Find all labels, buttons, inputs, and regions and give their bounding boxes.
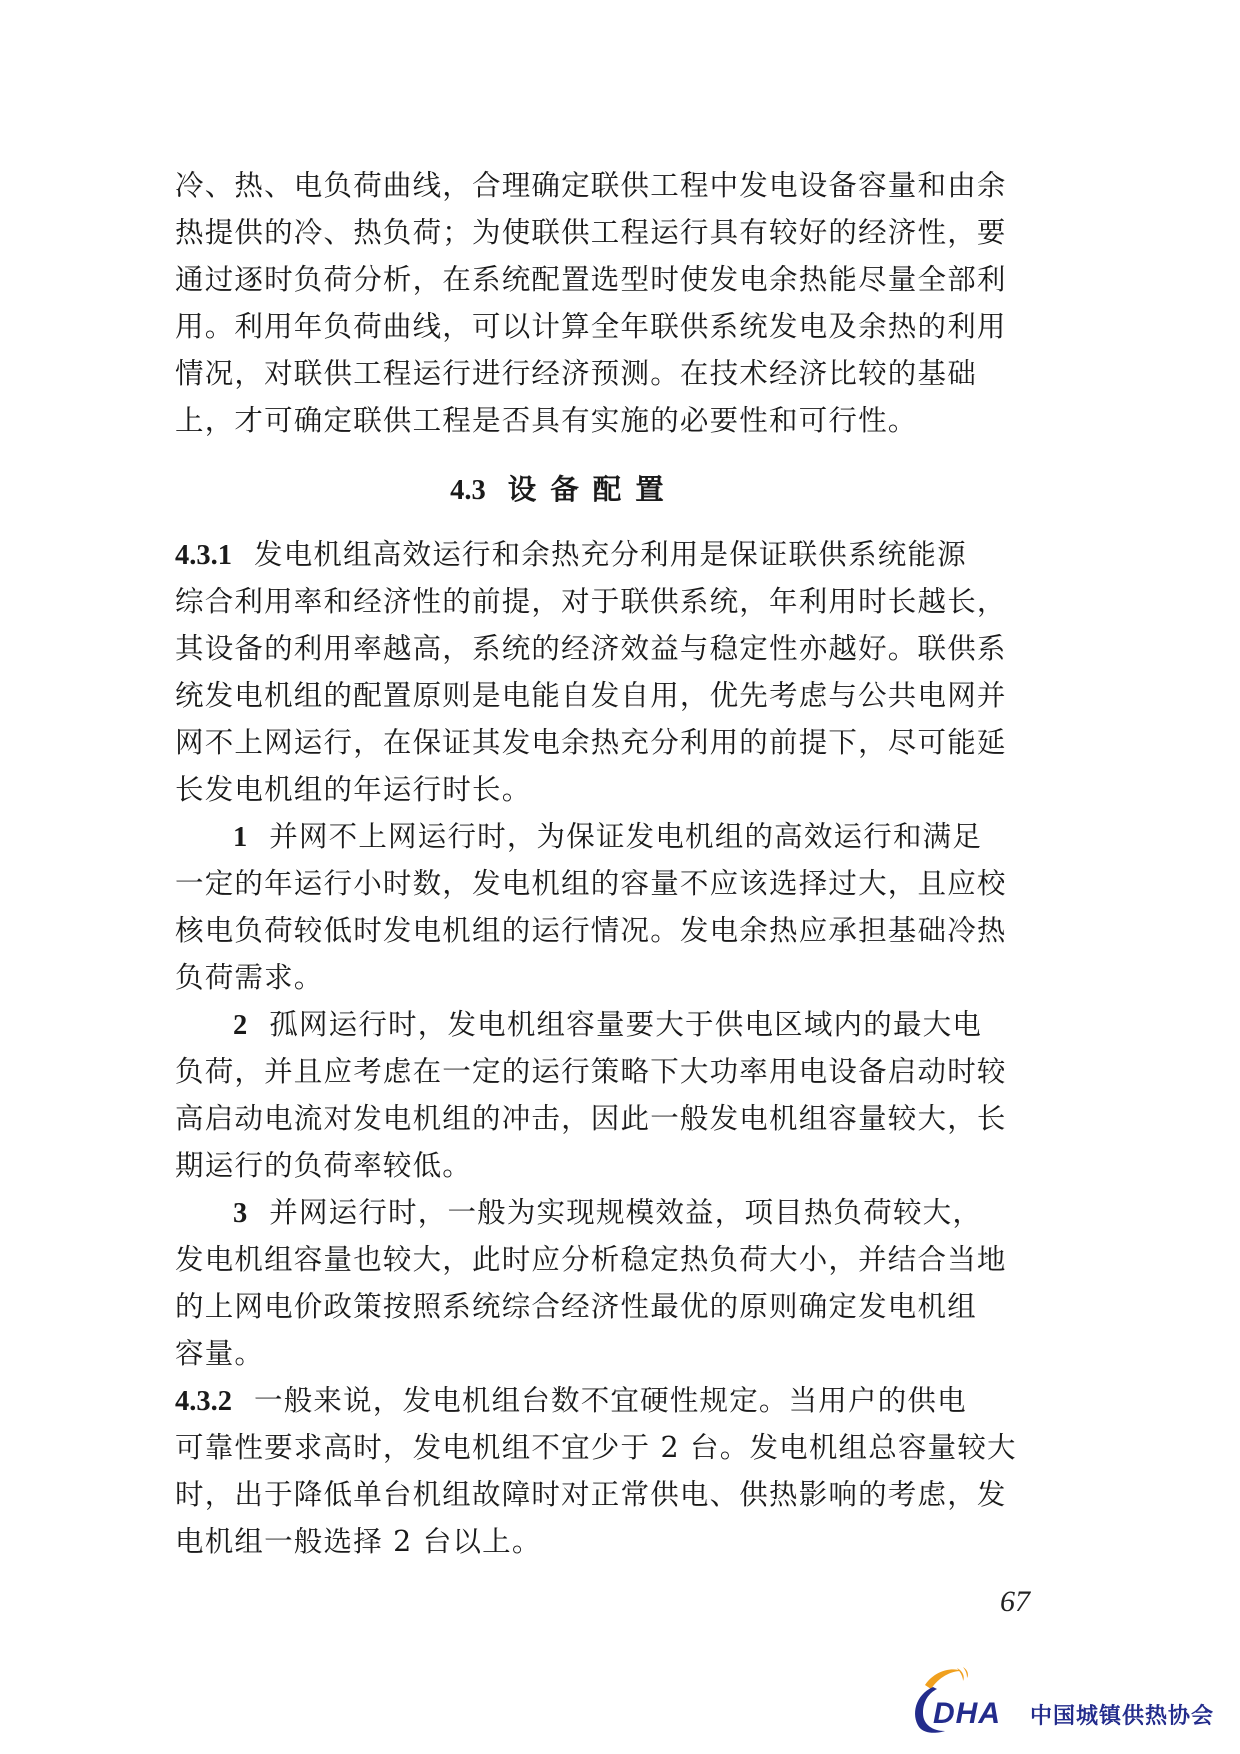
text-line: 容量。 bbox=[175, 1330, 953, 1377]
section-number: 4.3 bbox=[450, 475, 486, 506]
item-number: 3 bbox=[233, 1198, 247, 1229]
list-item-1: 1并网不上网运行时，为保证发电机组的高效运行和满足 一定的年运行小时数，发电机组… bbox=[175, 813, 953, 1001]
item-number: 1 bbox=[233, 822, 247, 853]
text-line: 其设备的利用率越高，系统的经济效益与稳定性亦越好。联供系 bbox=[175, 625, 953, 672]
list-item-3: 3并网运行时，一般为实现规模效益，项目热负荷较大， 发电机组容量也较大，此时应分… bbox=[175, 1189, 953, 1377]
section-title: 设备配置 bbox=[508, 472, 678, 506]
intro-paragraph: 冷、热、电负荷曲线，合理确定联供工程中发电设备容量和由余 热提供的冷、热负荷；为… bbox=[175, 162, 953, 444]
text-line: 负荷，并且应考虑在一定的运行策略下大功率用电设备启动时较 bbox=[175, 1048, 953, 1095]
text-line: 一定的年运行小时数，发电机组的容量不应该选择过大，且应校 bbox=[175, 860, 953, 907]
text-line: 冷、热、电负荷曲线，合理确定联供工程中发电设备容量和由余 bbox=[175, 162, 953, 209]
logo-abbreviation: DHA bbox=[933, 1697, 1001, 1731]
text-line: 通过逐时负荷分析，在系统配置选型时使发电余热能尽量全部利 bbox=[175, 256, 953, 303]
text-line: 综合利用率和经济性的前提，对于联供系统，年利用时长越长， bbox=[175, 578, 953, 625]
page-number: 67 bbox=[1000, 1585, 1030, 1619]
text-line: 发电机组高效运行和余热充分利用是保证联供系统能源 bbox=[254, 538, 967, 571]
text-line: 电机组一般选择 2 台以上。 bbox=[175, 1518, 953, 1565]
list-item-2: 2孤网运行时，发电机组容量要大于供电区域内的最大电 负荷，并且应考虑在一定的运行… bbox=[175, 1001, 953, 1189]
text-line: 孤网运行时，发电机组容量要大于供电区域内的最大电 bbox=[269, 1008, 982, 1041]
clause-4-3-2: 4.3.2一般来说，发电机组台数不宜硬性规定。当用户的供电 可靠性要求高时，发电… bbox=[175, 1377, 953, 1565]
text-line: 负荷需求。 bbox=[175, 954, 953, 1001]
logo-organization-name: 中国城镇供热协会 bbox=[1030, 1699, 1214, 1730]
clause-number: 4.3.2 bbox=[175, 1386, 232, 1417]
text-line: 情况，对联供工程运行进行经济预测。在技术经济比较的基础 bbox=[175, 350, 953, 397]
text-line: 网不上网运行，在保证其发电余热充分利用的前提下，尽可能延 bbox=[175, 719, 953, 766]
section-heading: 4.3设备配置 bbox=[175, 466, 953, 514]
text-line: 可靠性要求高时，发电机组不宜少于 2 台。发电机组总容量较大 bbox=[175, 1424, 953, 1471]
text-line: 统发电机组的配置原则是电能自发自用，优先考虑与公共电网并 bbox=[175, 672, 953, 719]
text-line: 热提供的冷、热负荷；为使联供工程运行具有较好的经济性，要 bbox=[175, 209, 953, 256]
text-line: 并网不上网运行时，为保证发电机组的高效运行和满足 bbox=[269, 820, 982, 853]
text-line: 用。利用年负荷曲线，可以计算全年联供系统发电及余热的利用 bbox=[175, 303, 953, 350]
text-line: 一般来说，发电机组台数不宜硬性规定。当用户的供电 bbox=[254, 1384, 967, 1417]
text-line: 发电机组容量也较大，此时应分析稳定热负荷大小，并结合当地 bbox=[175, 1236, 953, 1283]
text-line: 上，才可确定联供工程是否具有实施的必要性和可行性。 bbox=[175, 397, 953, 444]
text-line: 期运行的负荷率较低。 bbox=[175, 1142, 953, 1189]
item-number: 2 bbox=[233, 1010, 247, 1041]
text-line: 并网运行时，一般为实现规模效益，项目热负荷较大， bbox=[269, 1196, 982, 1229]
document-page: 冷、热、电负荷曲线，合理确定联供工程中发电设备容量和由余 热提供的冷、热负荷；为… bbox=[175, 162, 953, 1565]
text-line: 高启动电流对发电机组的冲击，因此一般发电机组容量较大，长 bbox=[175, 1095, 953, 1142]
text-line: 的上网电价政策按照系统综合经济性最优的原则确定发电机组 bbox=[175, 1283, 953, 1330]
clause-4-3-1: 4.3.1发电机组高效运行和余热充分利用是保证联供系统能源 综合利用率和经济性的… bbox=[175, 531, 953, 1377]
clause-number: 4.3.1 bbox=[175, 540, 232, 571]
text-line: 核电负荷较低时发电机组的运行情况。发电余热应承担基础冷热 bbox=[175, 907, 953, 954]
text-line: 长发电机组的年运行时长。 bbox=[175, 766, 953, 813]
text-line: 时，出于降低单台机组故障时对正常供电、供热影响的考虑，发 bbox=[175, 1471, 953, 1518]
publisher-logo: DHA 中国城镇供热协会 bbox=[905, 1665, 1225, 1735]
